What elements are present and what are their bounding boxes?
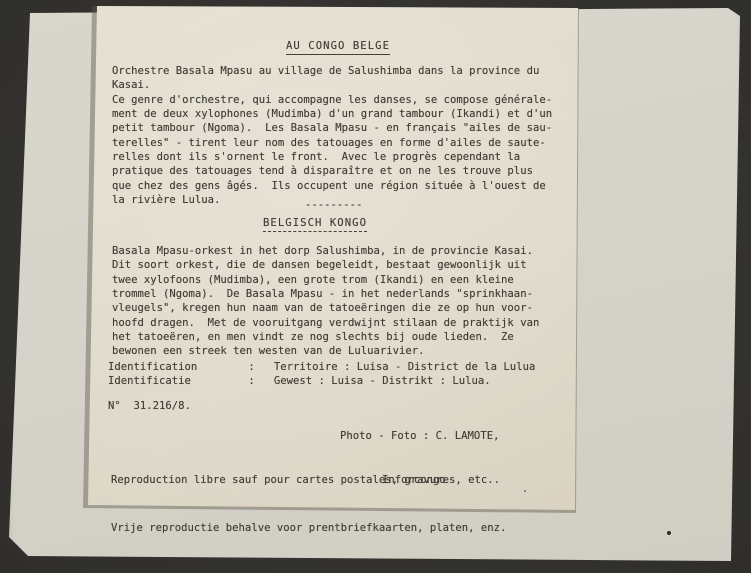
paper-speck <box>524 490 526 492</box>
section-separator-dashes: --------- <box>305 198 362 212</box>
reproduction-notice: Reproduction libre sauf pour cartes post… <box>111 440 506 569</box>
paper-speck <box>667 531 671 535</box>
identification-line-french: Identification : Territoire : Luisa - Di… <box>108 360 535 374</box>
section-title-french: AU CONGO BELGE <box>286 39 390 55</box>
reproduction-notice-dutch: Vrije reproductie behalve voor prentbrie… <box>111 520 506 536</box>
reproduction-notice-french: Reproduction libre sauf pour cartes post… <box>111 472 506 488</box>
photo-scan: AU CONGO BELGE Orchestre Basala Mpasu au… <box>0 0 751 573</box>
caption-paragraph-french: Orchestre Basala Mpasu au village de Sal… <box>112 64 552 207</box>
identification-line-dutch: Identificatie : Gewest : Luisa - Distrik… <box>108 374 491 388</box>
caption-paragraph-dutch: Basala Mpasu-orkest in het dorp Salushim… <box>112 244 539 359</box>
typewritten-text-layer: AU CONGO BELGE Orchestre Basala Mpasu au… <box>0 0 751 573</box>
reference-number: N° 31.216/8. <box>108 399 191 413</box>
section-title-dutch: BELGISCH KONGO <box>263 216 367 232</box>
